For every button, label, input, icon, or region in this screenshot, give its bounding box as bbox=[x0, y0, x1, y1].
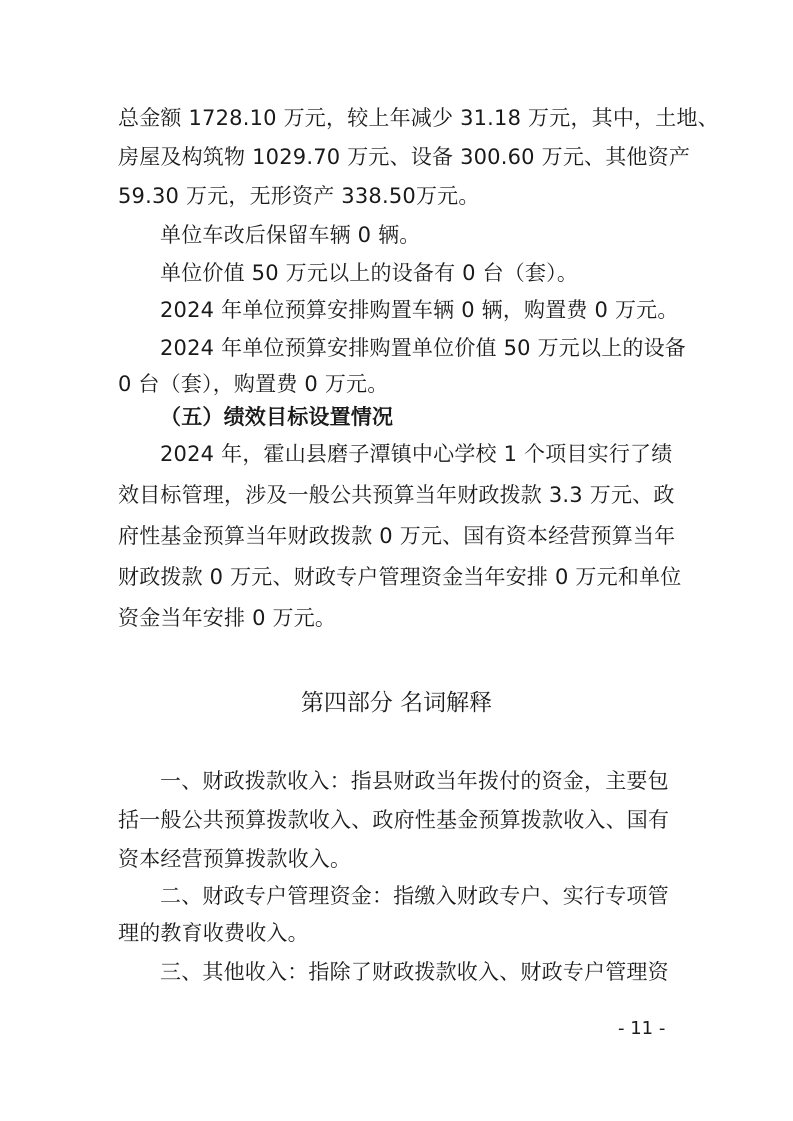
document-page: 总金额 1728.10 万元，较上年减少 31.18 万元，其中，土地、 房屋及… bbox=[0, 0, 793, 1121]
section-heading-performance: （五）绩效目标设置情况 bbox=[160, 403, 393, 431]
definition-line: 三、其他收入：指除了财政拨款收入、财政专户管理资 bbox=[160, 958, 669, 986]
paragraph-line: 2024 年，霍山县磨子潭镇中心学校 1 个项目实行了绩 bbox=[160, 440, 672, 468]
paragraph-line: 总金额 1728.10 万元，较上年减少 31.18 万元，其中，土地、 bbox=[118, 104, 719, 132]
definition-line: 二、财政专户管理资金：指缴入财政专户、实行专项管 bbox=[160, 882, 669, 910]
definition-line: 括一般公共预算拨款收入、政府性基金预算拨款收入、国有 bbox=[118, 806, 669, 834]
vehicles-retained-text: 单位车改后保留车辆 0 辆。 bbox=[160, 221, 421, 249]
paragraph-line: 效目标管理，涉及一般公共预算当年财政拨款 3.3 万元、政 bbox=[118, 481, 675, 509]
page-number: - 11 - bbox=[618, 1017, 665, 1041]
paragraph-line: 府性基金预算当年财政拨款 0 万元、国有资本经营预算当年 bbox=[118, 522, 675, 550]
definition-line: 资本经营预算拨款收入。 bbox=[118, 845, 351, 873]
paragraph-line: 59.30 万元，无形资产 338.50万元。 bbox=[118, 182, 480, 210]
paragraph-line: 2024 年单位预算安排购置单位价值 50 万元以上的设备 bbox=[160, 334, 686, 362]
paragraph-line: 财政拨款 0 万元、财政专户管理资金当年安排 0 万元和单位 bbox=[118, 563, 681, 591]
paragraph-line: 房屋及构筑物 1029.70 万元、设备 300.60 万元、其他资产 bbox=[118, 143, 690, 171]
definition-line: 理的教育收费收入。 bbox=[118, 919, 309, 947]
paragraph-line: 0 台（套），购置费 0 万元。 bbox=[118, 370, 388, 398]
equipment-over-50-text: 单位价值 50 万元以上的设备有 0 台（套）。 bbox=[160, 259, 578, 287]
part-four-title: 第四部分 名词解释 bbox=[0, 688, 793, 718]
paragraph-line: 资金当年安排 0 万元。 bbox=[118, 604, 336, 632]
purchase-vehicles-text: 2024 年单位预算安排购置车辆 0 辆，购置费 0 万元。 bbox=[160, 296, 679, 324]
definition-line: 一、财政拨款收入：指县财政当年拨付的资金，主要包 bbox=[160, 767, 669, 795]
